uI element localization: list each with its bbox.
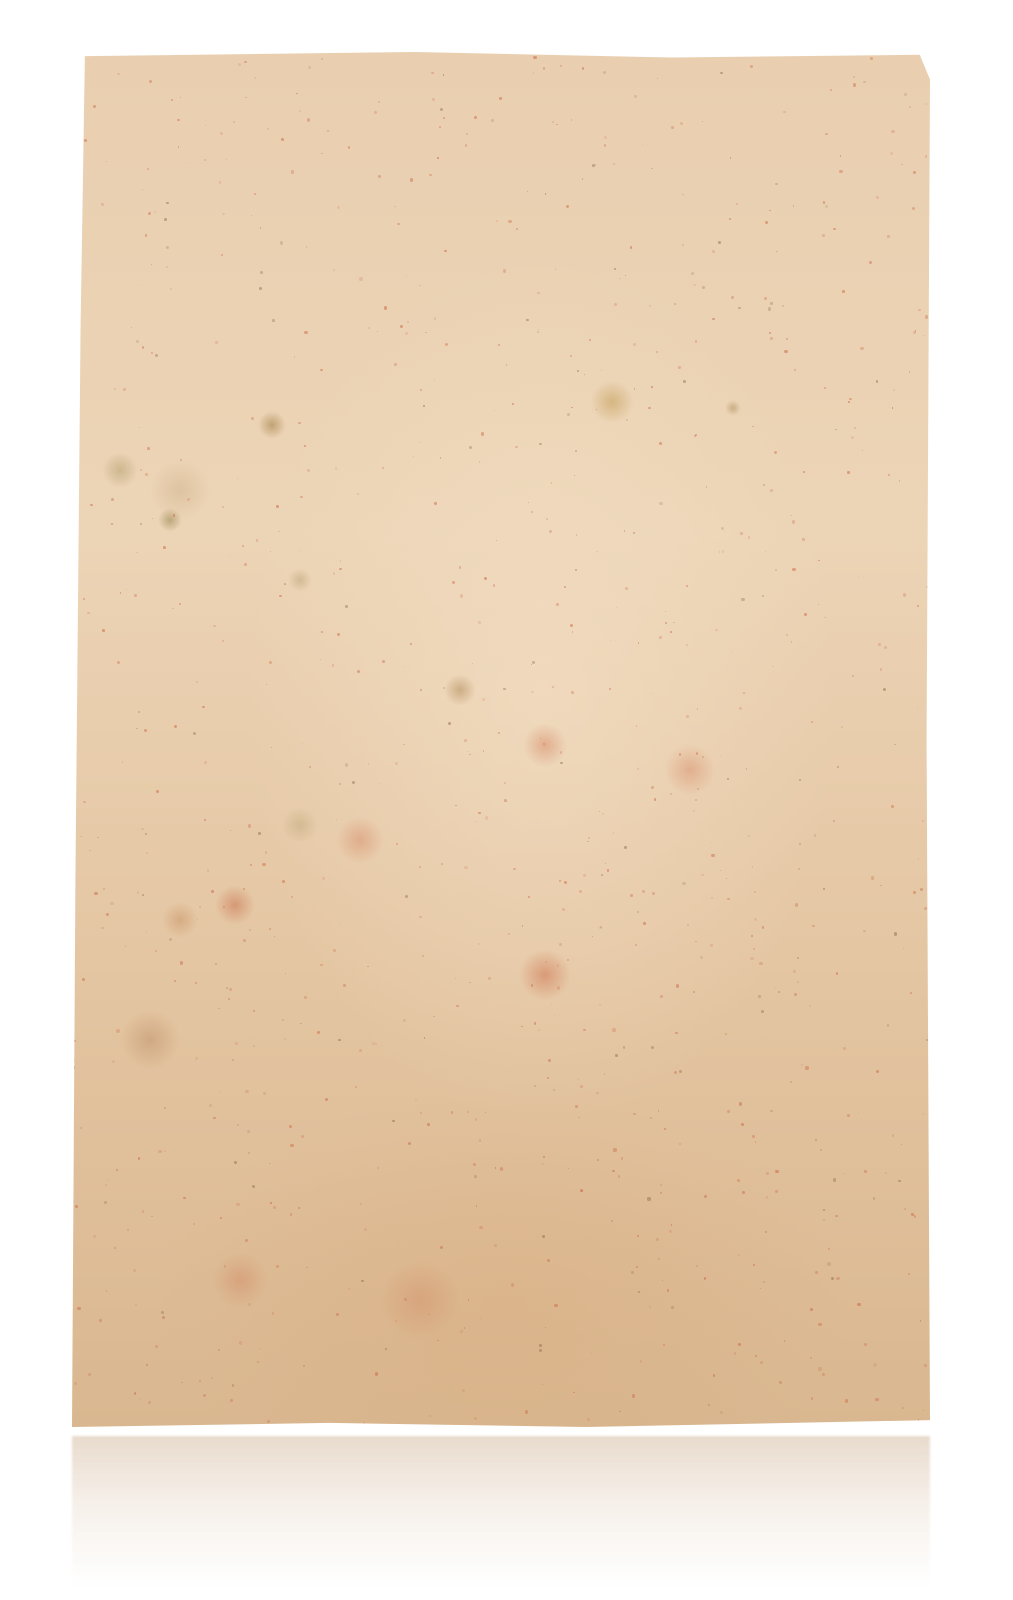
stain-blotch <box>444 674 476 706</box>
aged-paper-sheet <box>72 52 930 1427</box>
stain-blotch <box>519 949 571 1001</box>
stain-blotch <box>336 816 384 864</box>
stain-blotch <box>282 807 318 843</box>
stain-blotch <box>590 380 634 424</box>
stain-blotch <box>288 568 312 592</box>
stain-blotch <box>725 400 741 416</box>
stain-blotch <box>120 1010 180 1070</box>
stain-blotch <box>215 885 255 925</box>
stain-blotch <box>380 1260 460 1340</box>
stain-blotch <box>523 723 567 767</box>
stain-blotch <box>150 460 210 520</box>
paper-reflection <box>72 1436 930 1586</box>
stain-blotch <box>102 452 138 488</box>
stain-blotch <box>212 1252 268 1308</box>
stain-blotch <box>258 411 286 439</box>
stain-blotch <box>158 508 182 532</box>
stain-blotch <box>162 902 198 938</box>
stain-blotch <box>664 744 716 796</box>
